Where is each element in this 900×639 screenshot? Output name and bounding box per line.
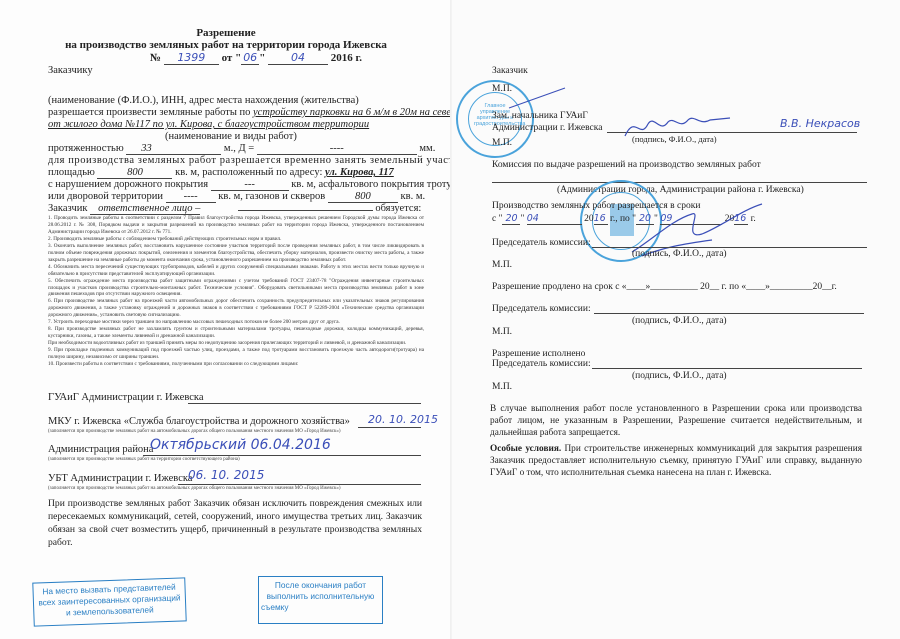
approval-mku: МКУ г. Ижевска «Служба благоустройства и… [48,416,350,427]
chairman2-caption: (подпись, Ф.И.О., дата) [632,316,727,326]
document-title: Разрешение [0,27,452,39]
road-value: --- [211,179,289,191]
approval-district-value: Октябрьский 06.04.2016 [150,437,331,453]
deputy-name: В.В. Некрасов [780,117,860,130]
diameter-value: ---- [257,143,417,155]
approval-ubt-date: 06. 10. 2015 [188,468,264,482]
clause-6: 6. При производстве земляных работ на пр… [48,298,424,319]
document-subtitle: на производство земляных работ на террит… [0,39,452,51]
deputy-title-1: Зам. начальника ГУАиГ [492,111,588,121]
clause-2: 2. Производить земляные работы с соблюде… [48,236,424,243]
term-from-year: 16 [594,213,608,225]
customer-label: Заказчик [492,66,528,76]
responsible-value: ответственное лицо – [90,203,200,215]
commission-label: Комиссия по выдаче разрешений на произво… [492,160,761,170]
responsible-line: Заказчик ответственное лицо – обязуется: [48,203,421,215]
work-permitted-line: разрешается произвести земляные работы п… [48,107,456,118]
permit-year: 2016 г. [331,52,362,64]
chairman2-label: Председатель комиссии: [492,304,591,314]
extension-line: Разрешение продлено на срок с «____»____… [492,282,837,292]
deputy-title-2: Администрации г. Ижевска [492,123,602,133]
customer-caption: (наименование (Ф.И.О.), ИНН, адрес места… [48,95,359,106]
special-conditions-paragraph: Особые условия. При строительстве инжене… [490,443,862,479]
ink-stroke [507,86,567,110]
approval-mku-date: 20. 10. 2015 [368,413,438,426]
permit-page-front: Разрешение на производство земляных рабо… [0,0,452,639]
chairman3-caption: (подпись, Ф.И.О., дата) [632,371,727,381]
length-line: протяженностью 33 м., Д = ---- мм. [48,143,435,155]
lawn-value: 800 [328,191,398,203]
deputy-signature-caption: (подпись, Ф.И.О., дата) [632,134,717,144]
area-line: площадью 800 кв. м, расположенный по адр… [48,167,394,179]
work-caption: (наименование и виды работ) [165,131,297,142]
area-value: 800 [97,167,172,179]
clause-4: 4. Обозначить места пересечений существу… [48,264,424,278]
liability-paragraph: При производстве земляных работ Заказчик… [48,497,422,549]
term-from-month: 04 [527,213,582,225]
work-description-1: устройству парковки на 6 м/м в 20м на се… [253,107,456,118]
clause-10: 10. Произвести работы в соответствии с т… [48,361,424,368]
work-description-2: от жилого дома №117 по ул. Кирова, с бла… [48,119,369,130]
permit-day: 06 [241,51,259,65]
yard-line: или дворовой территории ---- кв. м, газо… [48,191,425,203]
permit-page-back: Главное управление архитектуры и градост… [452,0,900,639]
stamp-as-built-survey: После окончания работ выполнить исполнит… [258,576,383,624]
length-value: 33 [126,143,221,155]
approval-ubt: УБТ Администрации г. Ижевска [48,473,192,484]
stamp-call-representatives: На место вызвать представителей всех заи… [32,577,186,626]
approval-guaig: ГУАиГ Администрации г. Ижевска [48,392,204,403]
road-line: с нарушением дорожного покрытия --- кв. … [48,179,466,191]
invalidity-paragraph: В случае выполнения работ после установл… [490,403,862,439]
clause-8: 8. При производстве земляных работ не за… [48,326,424,340]
chairman-label: Председатель комиссии: [492,238,591,248]
chairman-caption: (подпись, Ф.И.О., дата) [632,249,727,259]
permit-number: 1399 [164,51,219,65]
approval-ubt-caption: (заполняется при производстве земляных р… [48,486,341,491]
special-conditions-label: Особые условия. [490,444,561,454]
clause-1: 1. Проводить земляные работы в соответст… [48,215,424,236]
customer-label: Заказчику [48,65,93,76]
completed-label: Разрешение исполнено [492,349,585,359]
clause-9: 9. При прокладке подземных коммуникаций … [48,347,424,361]
permit-month: 04 [268,51,328,65]
clause-5: 5. Обеспечить ограждение места производс… [48,278,424,299]
seal-mark-2: М.П. [492,138,512,148]
seal-mark-5: М.П. [492,382,512,392]
chairman3-label: Председатель комиссии: [492,359,591,369]
approval-district: Администрация района [48,444,153,455]
obligation-clauses: 1. Проводить земляные работы в соответст… [48,215,424,368]
approval-mku-caption: (заполняется при производстве земляных р… [48,429,341,434]
approval-district-caption: (заполняется при производстве земляных р… [48,457,240,462]
yard-value: ---- [166,191,216,203]
address-value: ул. Кирова, 117 [325,167,394,178]
clause-3: 3. Окончить выполнение земляных работ, в… [48,243,424,264]
permit-number-line: № 1399 от "06" 04 2016 г. [150,51,362,65]
occupy-line: для производства земляных работ разрешае… [48,155,465,166]
seal-mark-4: М.П. [492,327,512,337]
term-from-day: 20 [502,213,520,225]
seal-mark-3: М.П. [492,260,512,270]
